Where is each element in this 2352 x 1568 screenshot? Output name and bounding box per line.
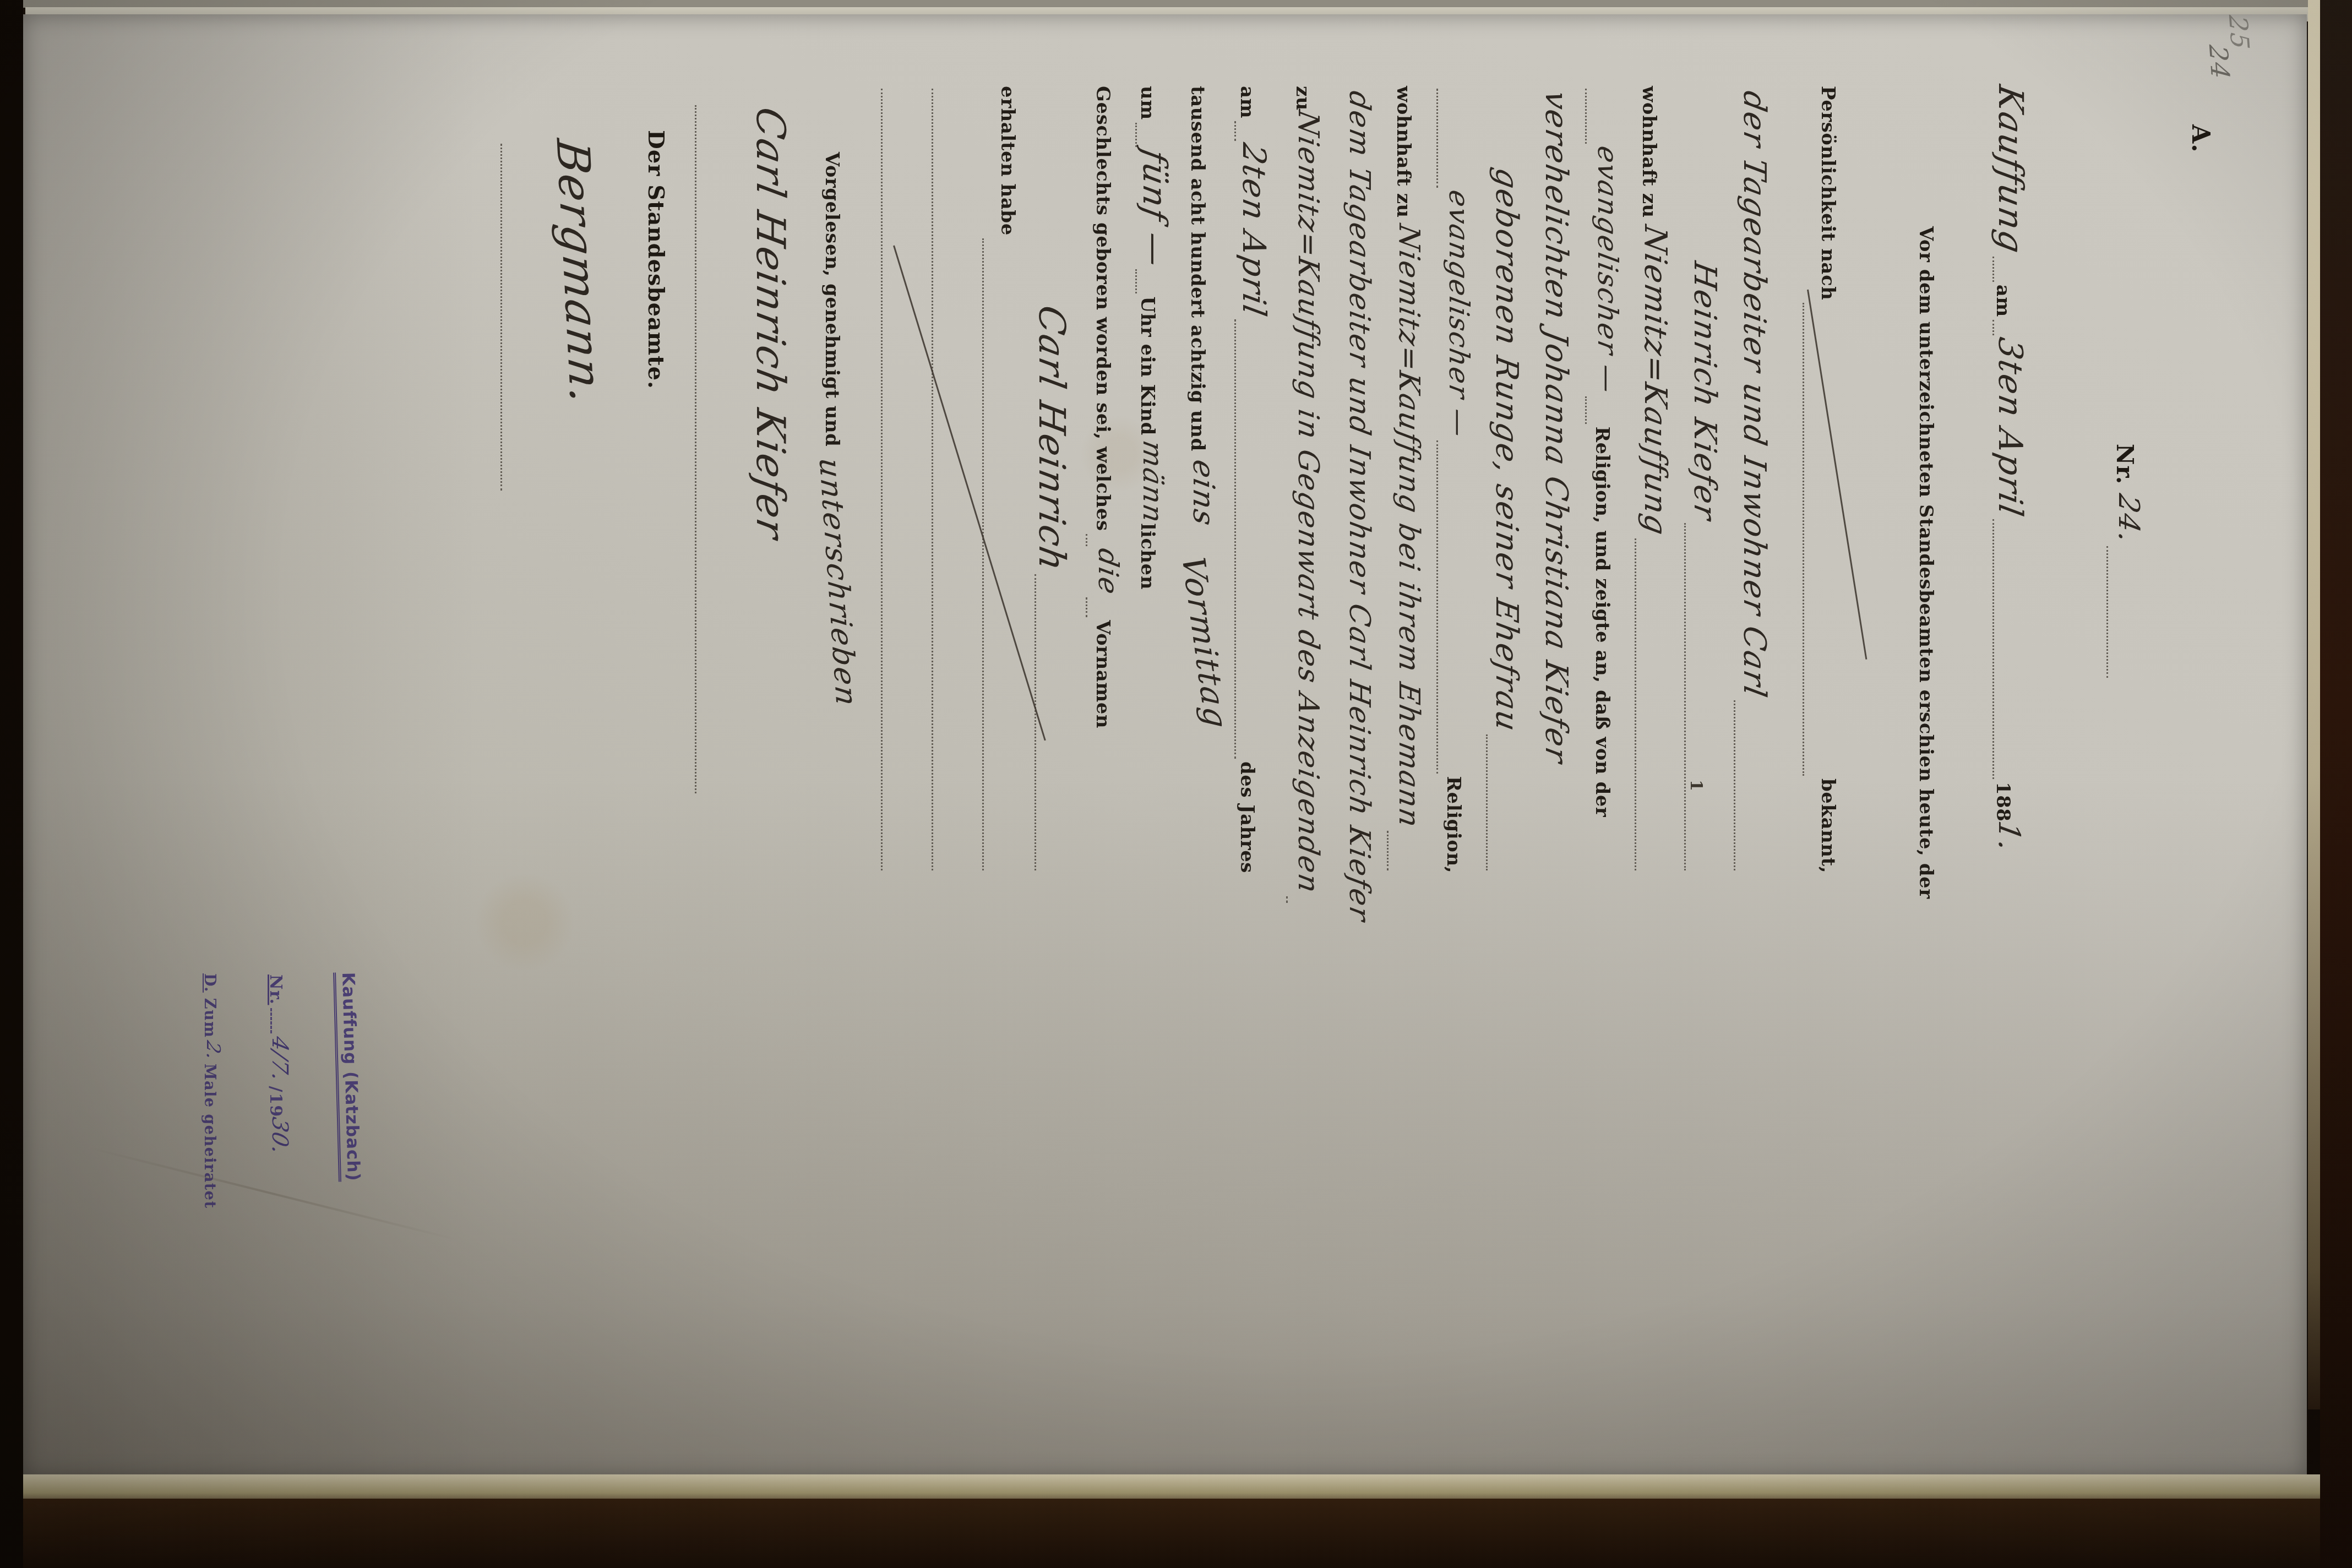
stamp-zum-label: Zum <box>201 998 218 1038</box>
printed-text: des Jahres <box>1236 761 1258 873</box>
handwritten-entry: männ <box>1137 438 1169 526</box>
printed-text: 188 <box>1992 782 2014 821</box>
form-line: tausend acht hundert achtzig undeinsVorm… <box>1178 86 1221 873</box>
handwritten-entry: Niemitz=Kauffung in Gegenwart des Anzeig… <box>1292 108 1325 896</box>
printed-text: erhalten habe <box>997 86 1019 236</box>
handwritten-entry: Heinrich Kiefer <box>1687 259 1723 524</box>
form-line <box>874 86 917 873</box>
printed-text: wohnhaft zu <box>1392 86 1414 218</box>
handwritten-entry: verehelichten Johanna Christiana Kiefer <box>1538 88 1574 766</box>
printed-text: tausend acht hundert achtzig und <box>1186 86 1208 451</box>
table-edge-left <box>0 0 23 1568</box>
stamp-geheiratet-label: Male geheiratet <box>201 1064 218 1209</box>
printed-text: am <box>1236 86 1258 118</box>
form-line: evangelischer —Religion, und zeigte an, … <box>1578 86 1621 873</box>
handwritten-entry: fünf — <box>1135 146 1174 270</box>
handwritten-entry: 3ten April <box>1991 335 2029 520</box>
printed-text: A. <box>2186 124 2214 153</box>
printed-text: Geschlechts geboren worden sei, welches <box>1092 86 1114 531</box>
dotted-rule <box>1086 534 1087 546</box>
form-line <box>925 86 968 873</box>
dotted-rule <box>1585 89 1587 144</box>
handwritten-entry: Kauffung <box>1991 83 2031 258</box>
printed-text: zu <box>1292 86 1314 111</box>
dotted-rule <box>695 105 696 793</box>
dotted-rule <box>1635 538 1636 870</box>
printed-text: Religion, und zeigte an, daß von der <box>1591 427 1613 818</box>
form-line: Kauffungam3ten April1881. <box>1986 86 2029 852</box>
dotted-rule <box>1992 320 1994 335</box>
form-line: A. <box>2171 124 2214 290</box>
dotted-rule <box>1135 123 1137 147</box>
dotted-rule <box>1234 319 1236 759</box>
printed-text: um <box>1136 86 1158 120</box>
standesamt-stamp: Kauffung (Katzbach) <box>333 972 363 1182</box>
form-line: Vor dem unterzeichneten Standesbeamten e… <box>1894 226 1937 876</box>
dotted-rule <box>2106 546 2108 678</box>
stamp-nr-label: Nr. <box>266 974 285 1005</box>
form-line: wohnhaft zuNiemitz=Kauffung <box>1628 86 1671 873</box>
register-page: 25 24 1 A.Nr.24.Kauffungam3ten April1881… <box>22 14 2307 1479</box>
printed-text: Der Standesbeamte. <box>643 130 669 389</box>
handwritten-entry: Niemitz=Kauffung bei ihrem Ehemann <box>1392 222 1425 831</box>
form-line: evangelischer —Religion, <box>1430 86 1473 873</box>
handwritten-entry: evangelischer — <box>1443 188 1475 440</box>
page-bottom-edge <box>14 1474 2321 1501</box>
handwritten-entry: Vormittag <box>1174 555 1235 729</box>
cancellation-stroke <box>893 246 1046 741</box>
dotted-rule <box>500 144 502 491</box>
pencil-folio-number-previous: 25 <box>2223 14 2255 51</box>
stamp-dotted-blank <box>270 1008 272 1033</box>
printed-text: am <box>1992 285 2014 317</box>
dotted-rule <box>1135 269 1137 293</box>
form-line: geborenen Runge, seiner Ehefrau <box>1479 86 1522 873</box>
handwritten-marriage-count: 2. <box>202 1039 224 1063</box>
stamp-d-label: D. <box>201 973 218 993</box>
handwritten-entry: dem Tagearbeiter und Inwohner Carl Heinr… <box>1343 89 1376 924</box>
form-line: Heinrich Kiefer <box>1678 86 1721 873</box>
form-line: Vorgelesen, genehmigt undunterschrieben <box>810 152 853 873</box>
underlying-page-edge <box>22 0 2312 8</box>
printed-text: wohnhaft zu <box>1638 86 1660 218</box>
form-line: Nr.24. <box>2100 444 2143 680</box>
form-line: Geschlechts geboren worden sei, welchesd… <box>1079 86 1122 873</box>
handwritten-entry: evangelischer — <box>1592 144 1624 396</box>
handwritten-record-number: 4/7. <box>267 1035 292 1085</box>
dotted-rule <box>1234 121 1236 141</box>
form-line: zuNiemitz=Kauffung in Gegenwart des Anze… <box>1280 86 1322 873</box>
form-line: verehelichten Johanna Christiana Kiefer <box>1529 91 1572 873</box>
page-stack-edge <box>2308 0 2321 1409</box>
handwritten-entry: 2ten April <box>1235 140 1273 320</box>
table-surface <box>0 1499 2352 1568</box>
dotted-rule <box>1684 523 1686 870</box>
form-line: Persönlichkeit nachbekannt, <box>1796 86 1839 873</box>
dotted-rule <box>1585 396 1587 424</box>
dotted-rule <box>1086 597 1087 617</box>
handwritten-entry: Niemitz=Kauffung <box>1637 222 1673 538</box>
handwritten-year: 30. <box>267 1115 292 1157</box>
form-line <box>688 102 731 796</box>
dotted-rule <box>1035 574 1036 870</box>
cancellation-stroke <box>1807 290 1867 660</box>
handwritten-entry: Carl Heinrich <box>1031 302 1073 575</box>
dotted-rule <box>1803 303 1804 776</box>
printed-text: Persönlichkeit nach <box>1817 86 1839 300</box>
dotted-rule <box>1992 519 1994 779</box>
form-line: umfünf —Uhr ein Kindmännlichen <box>1129 86 1172 873</box>
dotted-rule <box>1486 734 1488 870</box>
handwritten-entry: 1. <box>1992 819 2027 856</box>
printed-text: Vorgelesen, genehmigt und <box>821 152 843 447</box>
photographed-register-page: 25 24 1 A.Nr.24.Kauffungam3ten April1881… <box>0 0 2352 1568</box>
dotted-rule <box>1436 440 1438 774</box>
form-line: dem Tagearbeiter und Inwohner Carl Heinr… <box>1331 91 1374 873</box>
form-line: der Tagearbeiter und Inwohner Carl <box>1727 91 1770 873</box>
form-line: Carl Heinrich Kiefer <box>749 108 792 868</box>
page-mark: 1 <box>1686 780 1706 791</box>
form-line: Der Standesbeamte. <box>626 130 669 460</box>
paper-crease <box>88 1147 457 1241</box>
printed-text: Religion, <box>1442 776 1464 873</box>
handwritten-entry: Carl Heinrich Kiefer <box>748 104 794 543</box>
printed-text: bekannt, <box>1817 778 1839 873</box>
dotted-rule <box>932 89 933 870</box>
form-line: wohnhaft zuNiemitz=Kauffung bei ihrem Eh… <box>1380 86 1423 873</box>
printed-text: Uhr ein Kind <box>1136 296 1158 435</box>
dotted-rule <box>1734 700 1735 870</box>
printed-text: Vor dem unterzeichneten Standesbeamten e… <box>1915 226 1937 899</box>
handwritten-entry: 24. <box>2112 492 2145 546</box>
handwritten-entry: die <box>1092 546 1124 597</box>
pencil-folio-number: 24 <box>2203 44 2235 81</box>
handwritten-entry: geborenen Runge, seiner Ehefrau <box>1489 165 1525 734</box>
form-line: erhalten habe <box>976 86 1019 873</box>
dotted-rule <box>1387 831 1389 870</box>
handwritten-entry: unterschrieben <box>813 457 864 709</box>
dotted-rule <box>1286 896 1288 903</box>
form-line: Bergmann. <box>560 141 603 471</box>
printed-text: Vornamen <box>1092 620 1114 728</box>
form-line: Carl Heinrich <box>1028 86 1071 873</box>
handwritten-entry: der Tagearbeiter und Inwohner Carl <box>1736 88 1772 700</box>
stamp-year-prefix: /19 <box>266 1086 285 1118</box>
handwritten-entry: Bergmann. <box>546 137 612 407</box>
dotted-rule <box>982 238 984 870</box>
printed-text: Nr. <box>2111 444 2138 484</box>
form-line: am2ten Aprildes Jahres <box>1228 86 1271 873</box>
dotted-rule <box>1992 257 1994 282</box>
handwritten-entry: eins <box>1186 457 1221 529</box>
form-line <box>494 141 537 493</box>
book-binding-shadow <box>2320 0 2352 1568</box>
dotted-rule <box>881 89 883 870</box>
printed-text: lichen <box>1136 523 1158 590</box>
dotted-rule <box>1436 89 1438 188</box>
